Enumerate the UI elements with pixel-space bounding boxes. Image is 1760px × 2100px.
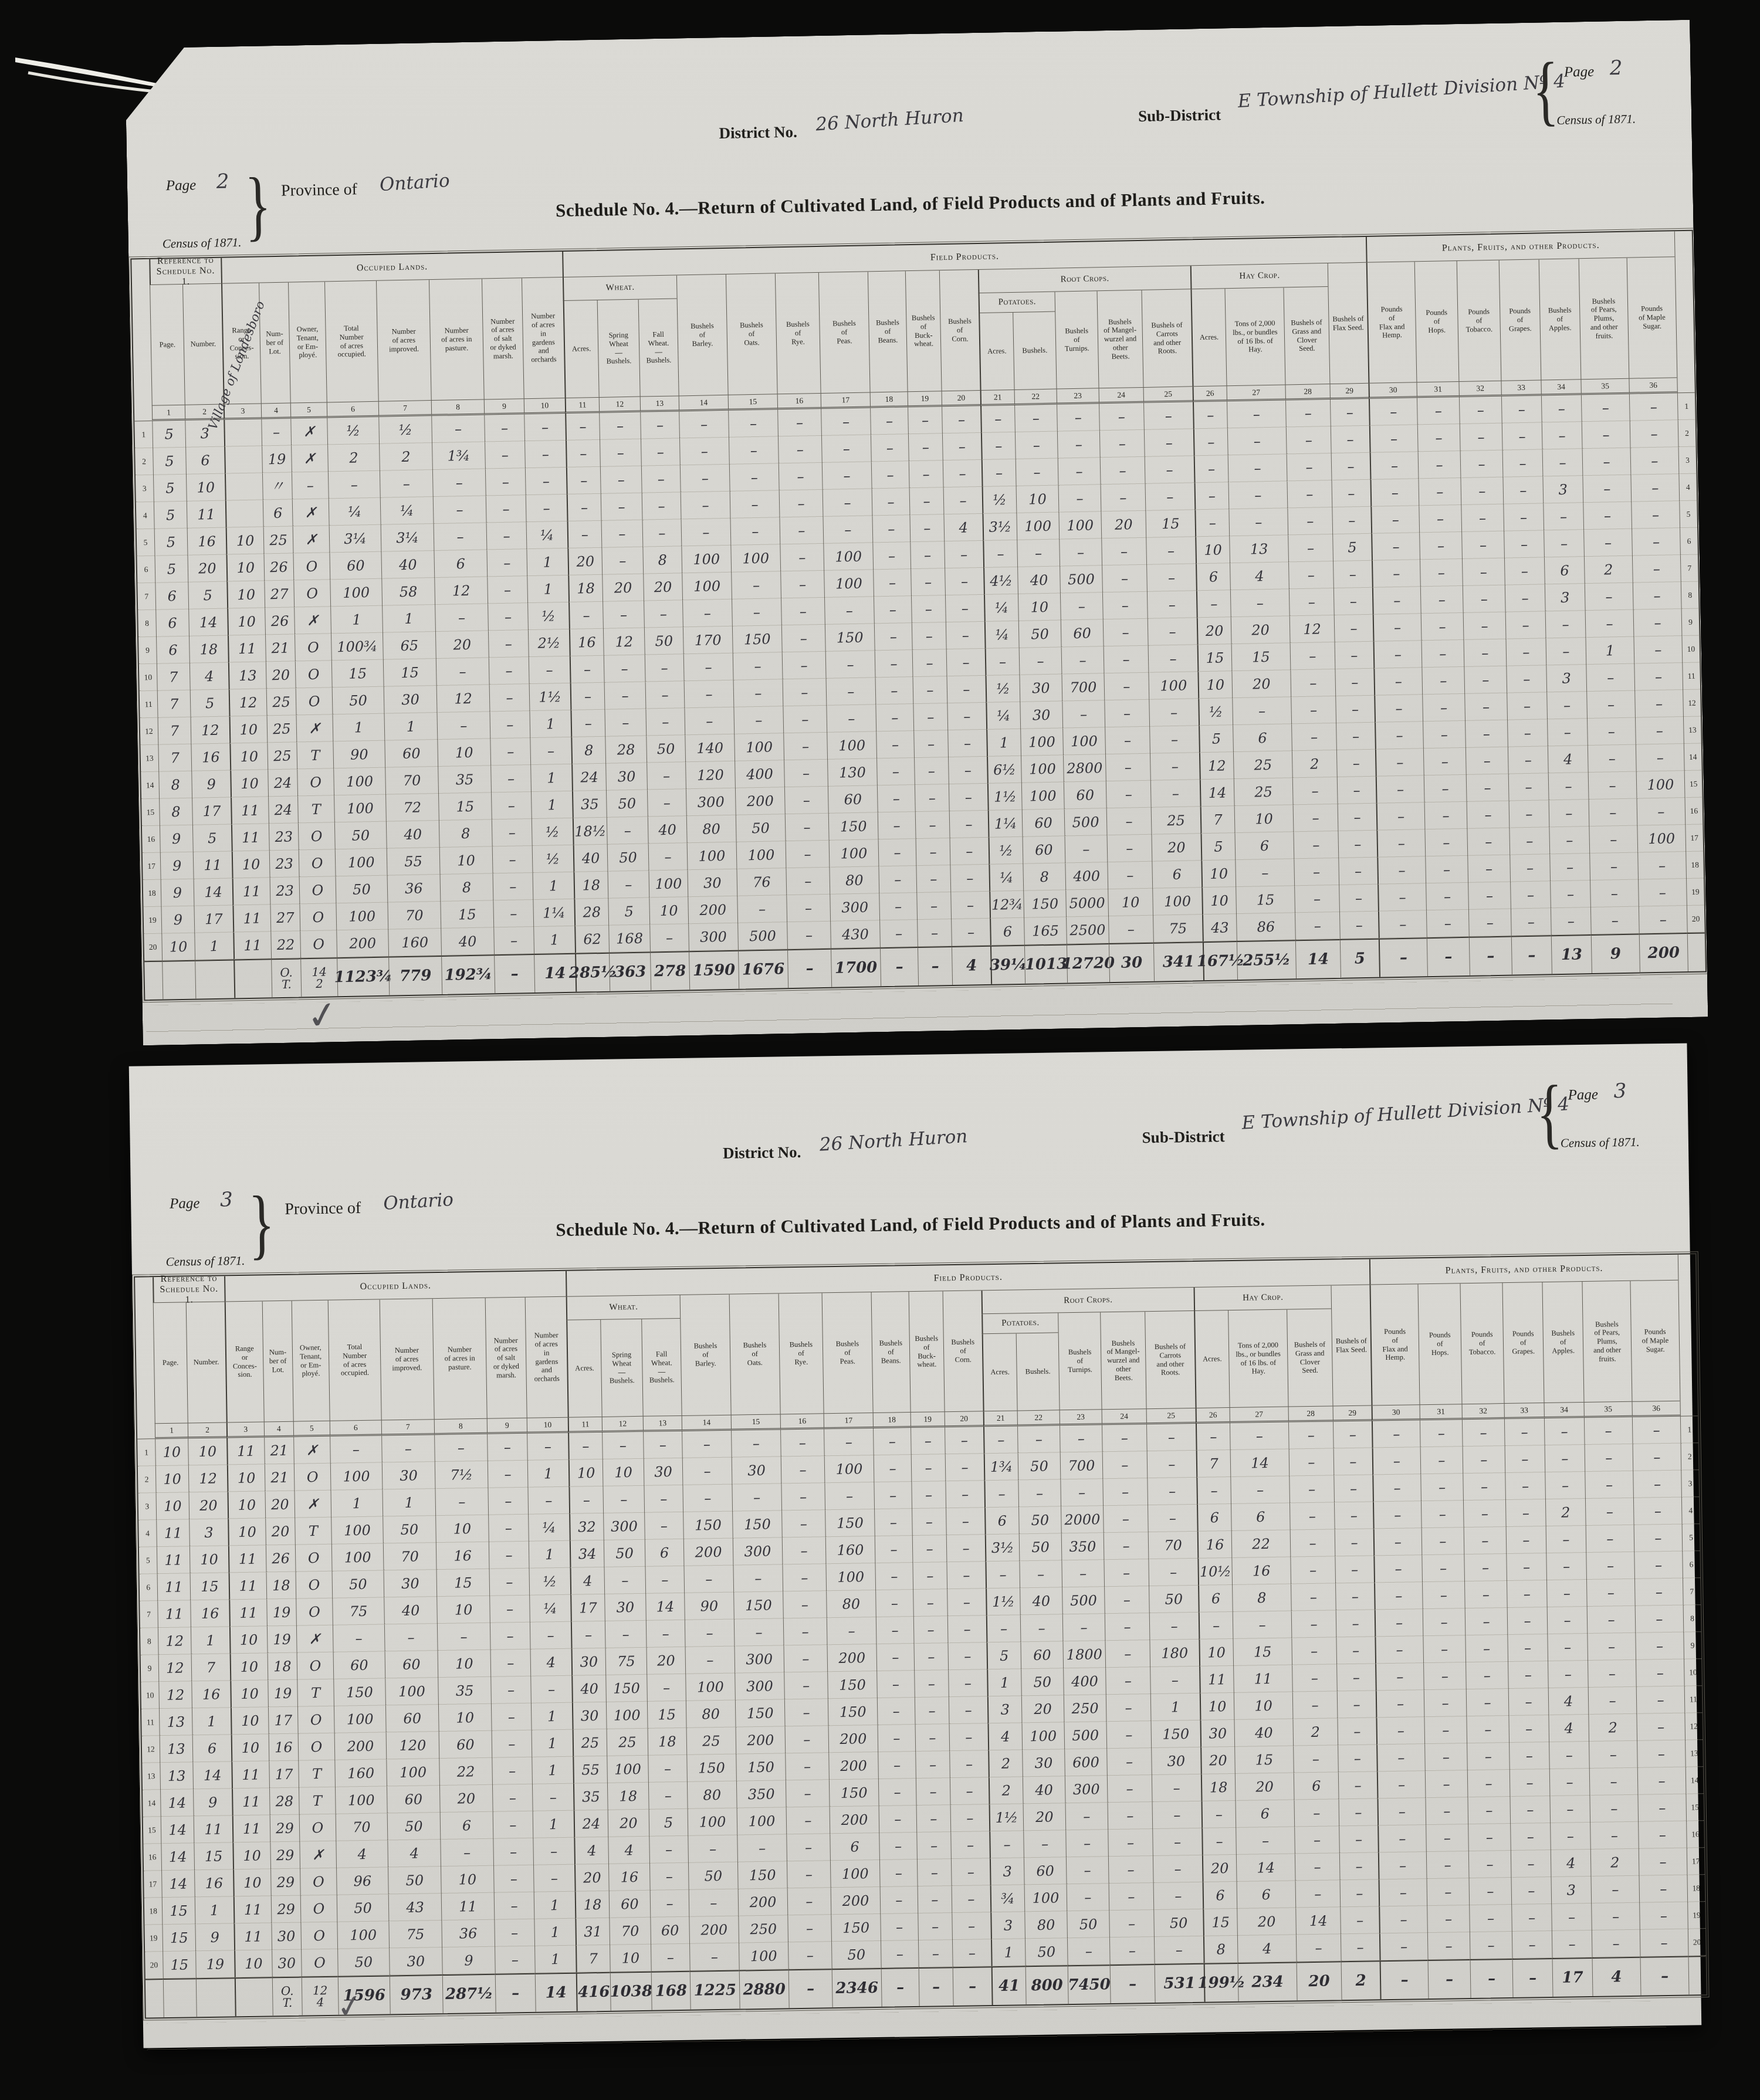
data-cell: 2 bbox=[1292, 1718, 1338, 1746]
data-cell: 20 bbox=[1197, 617, 1231, 645]
data-cell: – bbox=[1417, 397, 1460, 425]
data-cell: – bbox=[600, 439, 641, 467]
data-cell: 60 bbox=[329, 552, 381, 580]
data-cell: 16 bbox=[608, 1864, 650, 1891]
column-number: 18 bbox=[870, 392, 908, 408]
data-cell: – bbox=[1546, 1580, 1587, 1607]
data-cell: 100 bbox=[385, 1678, 438, 1705]
data-cell: 15 bbox=[440, 900, 493, 929]
data-cell: 150 bbox=[825, 1509, 875, 1537]
data-cell: – bbox=[915, 1724, 950, 1752]
data-cell: 2 bbox=[379, 443, 432, 471]
data-cell: 20 bbox=[1231, 670, 1291, 698]
data-cell: 1 bbox=[330, 606, 383, 634]
totals-cell: 4 bbox=[1592, 1957, 1641, 1996]
data-cell: – bbox=[490, 1649, 531, 1677]
data-cell: – bbox=[1639, 1848, 1687, 1876]
data-cell: 10 bbox=[228, 1518, 266, 1546]
row-number: 17 bbox=[1685, 825, 1703, 852]
data-cell: – bbox=[1588, 1660, 1636, 1688]
data-cell: – bbox=[1335, 696, 1375, 723]
data-cell: 300 bbox=[686, 788, 736, 817]
column-label: Bushels of Oats. bbox=[726, 273, 777, 395]
column-number: 13 bbox=[643, 1416, 682, 1432]
data-cell: – bbox=[981, 459, 1016, 487]
data-cell: – bbox=[648, 1782, 688, 1810]
data-cell: – bbox=[1196, 1477, 1231, 1505]
data-cell: – bbox=[821, 435, 871, 463]
data-cell: – bbox=[650, 1890, 689, 1918]
data-cell: – bbox=[1339, 1852, 1379, 1880]
column-label: Bushels of Mangel- wurzel and other Beet… bbox=[1097, 290, 1143, 388]
data-cell: 6 bbox=[156, 636, 189, 664]
data-cell: 8 bbox=[571, 737, 605, 764]
data-cell: – bbox=[688, 1835, 737, 1863]
column-subgroup-label: Wheat. bbox=[563, 275, 677, 301]
data-cell: 100 bbox=[334, 1705, 386, 1733]
data-cell: – bbox=[1423, 748, 1466, 775]
data-cell: – bbox=[1104, 646, 1149, 673]
data-cell: – bbox=[435, 604, 488, 632]
data-cell: – bbox=[1061, 646, 1104, 674]
data-cell: – bbox=[1639, 906, 1687, 933]
data-cell: – bbox=[1101, 484, 1146, 512]
data-cell: 200 bbox=[736, 1726, 786, 1754]
data-cell: 12¾ bbox=[989, 891, 1024, 919]
data-cell: – bbox=[1338, 858, 1377, 885]
data-cell: 100 bbox=[823, 543, 873, 571]
data-cell: – bbox=[1376, 1717, 1424, 1745]
data-cell: – bbox=[604, 1567, 645, 1594]
data-cell: 4 bbox=[570, 1567, 604, 1595]
data-cell: – bbox=[1145, 483, 1195, 511]
column-label: Pounds of Maple Sugar. bbox=[1630, 1281, 1680, 1402]
data-cell: – bbox=[1585, 1498, 1634, 1526]
data-cell: – bbox=[1065, 1830, 1108, 1857]
data-cell: 150 bbox=[605, 1675, 647, 1702]
data-cell: – bbox=[1419, 505, 1461, 533]
data-cell: – bbox=[913, 1643, 948, 1671]
data-cell: – bbox=[1228, 454, 1287, 482]
data-cell: – bbox=[1378, 1852, 1427, 1879]
data-cell: 11 bbox=[233, 1923, 272, 1950]
data-cell: 11 bbox=[231, 1761, 269, 1789]
data-cell: 10 bbox=[232, 851, 270, 878]
data-cell: 60 bbox=[387, 1786, 440, 1813]
data-cell: 200 bbox=[830, 1806, 879, 1834]
data-cell: – bbox=[1630, 447, 1679, 475]
row-number-gutter-header bbox=[1674, 231, 1695, 394]
data-cell: – bbox=[1148, 645, 1198, 673]
data-cell: 600 bbox=[1064, 1749, 1107, 1776]
data-cell: – bbox=[384, 1624, 438, 1651]
data-cell: 80 bbox=[1024, 1911, 1067, 1939]
data-cell: 10 bbox=[1201, 860, 1236, 888]
data-cell: 7 bbox=[1200, 806, 1235, 834]
data-cell: 200 bbox=[738, 1888, 788, 1916]
data-cell: – bbox=[641, 465, 681, 493]
column-subgroup-label: Wheat. bbox=[566, 1295, 681, 1320]
data-cell: – bbox=[601, 547, 643, 575]
data-cell: – bbox=[1640, 1929, 1688, 1957]
data-cell: – bbox=[1291, 1610, 1336, 1638]
row-number: 6 bbox=[137, 556, 155, 584]
data-cell: – bbox=[647, 762, 686, 790]
row-number: 15 bbox=[143, 1817, 161, 1844]
data-cell: 20 bbox=[189, 1492, 228, 1519]
data-cell: – bbox=[1017, 1425, 1060, 1453]
row-number: 1 bbox=[137, 1439, 155, 1466]
data-cell: 7 bbox=[191, 1654, 231, 1681]
totals-cell: – bbox=[1470, 1959, 1513, 1998]
data-cell: – bbox=[879, 1859, 918, 1887]
data-cell: – bbox=[493, 900, 533, 927]
column-number: 31 bbox=[1416, 382, 1458, 398]
totals-cell: 416 bbox=[576, 1972, 611, 2011]
data-cell: 19 bbox=[267, 1626, 297, 1654]
column-number: 27 bbox=[1230, 1407, 1288, 1423]
data-cell: 10 bbox=[568, 1459, 603, 1487]
data-cell: – bbox=[871, 461, 909, 489]
data-cell: – bbox=[644, 600, 683, 628]
column-number: 8 bbox=[431, 399, 484, 416]
data-cell: – bbox=[1511, 1904, 1552, 1932]
data-cell: – bbox=[1546, 1526, 1586, 1553]
data-cell: 86 bbox=[1236, 913, 1295, 941]
data-cell: 27 bbox=[264, 580, 294, 608]
data-cell: – bbox=[877, 1698, 915, 1725]
data-cell: 17 bbox=[194, 905, 233, 933]
row-number: 19 bbox=[144, 1925, 163, 1952]
data-cell: – bbox=[1295, 1853, 1340, 1881]
data-cell: – bbox=[1369, 425, 1418, 452]
column-number: 22 bbox=[1017, 1410, 1060, 1426]
data-cell: – bbox=[1147, 591, 1197, 619]
data-cell: 500 bbox=[1064, 808, 1107, 836]
data-cell: – bbox=[649, 1863, 689, 1891]
data-cell: – bbox=[1331, 453, 1370, 480]
data-cell: – bbox=[1542, 422, 1582, 449]
row-number: 6 bbox=[140, 1574, 158, 1601]
totals-cell: – bbox=[787, 949, 831, 988]
data-cell: – bbox=[913, 703, 947, 731]
data-cell: O bbox=[296, 1571, 333, 1599]
data-cell: 5000 bbox=[1065, 889, 1108, 917]
data-cell: 16 bbox=[191, 744, 230, 771]
data-cell: – bbox=[330, 1435, 382, 1463]
data-cell: 18 bbox=[648, 1728, 687, 1756]
data-cell: – bbox=[1468, 882, 1511, 910]
data-cell: – bbox=[947, 1642, 987, 1670]
data-cell: 50 bbox=[1018, 1506, 1061, 1534]
data-cell: – bbox=[486, 495, 526, 523]
data-cell: – bbox=[533, 1838, 574, 1865]
data-cell: 300 bbox=[1065, 1776, 1108, 1803]
data-cell: – bbox=[821, 408, 871, 436]
data-cell: 200 bbox=[683, 1539, 733, 1566]
data-cell: 100 bbox=[1016, 513, 1059, 540]
data-cell: 1 bbox=[533, 1811, 574, 1838]
totals-cell: – bbox=[495, 1973, 536, 2013]
data-cell: ✗ bbox=[296, 714, 333, 742]
data-cell: – bbox=[916, 892, 951, 920]
data-cell: 200 bbox=[735, 787, 785, 815]
data-cell: 10 bbox=[1199, 1639, 1233, 1667]
data-cell: 350 bbox=[736, 1780, 786, 1808]
column-number: 33 bbox=[1504, 1403, 1544, 1419]
data-cell: – bbox=[985, 648, 1020, 676]
row-number: 5 bbox=[1679, 501, 1697, 529]
row-number: 2 bbox=[1678, 420, 1696, 448]
data-cell: 29 bbox=[271, 1896, 301, 1923]
data-cell: – bbox=[1633, 582, 1681, 609]
data-cell: 1 bbox=[534, 1892, 576, 1919]
totals-gutter bbox=[1687, 932, 1705, 971]
data-cell: – bbox=[1461, 504, 1504, 532]
right-brace bbox=[1536, 1068, 1563, 1158]
data-cell: – bbox=[951, 1858, 990, 1886]
column-number: 1 bbox=[152, 405, 185, 421]
data-cell: – bbox=[1290, 1529, 1335, 1557]
data-cell: – bbox=[601, 493, 642, 521]
data-cell: – bbox=[380, 470, 433, 498]
row-number: 11 bbox=[140, 691, 158, 719]
data-cell: – bbox=[1333, 588, 1373, 615]
totals-cell: 199½ bbox=[1204, 1963, 1238, 2002]
data-cell: – bbox=[1146, 537, 1196, 565]
totals-cell: – bbox=[918, 946, 952, 985]
data-cell: – bbox=[1419, 532, 1462, 560]
row-number: 15 bbox=[1685, 1794, 1704, 1821]
data-cell: – bbox=[681, 519, 731, 547]
data-cell: – bbox=[600, 466, 642, 494]
data-cell: 20 bbox=[1101, 511, 1146, 538]
data-cell: – bbox=[1508, 1715, 1549, 1743]
data-cell: – bbox=[877, 785, 915, 812]
data-cell: 11 bbox=[157, 1600, 191, 1628]
data-cell: 6 bbox=[1231, 1503, 1290, 1531]
data-cell: 12 bbox=[158, 1627, 191, 1655]
column-group-label: Plants, Fruits, and other Products. bbox=[1369, 1255, 1678, 1285]
data-cell: 18 bbox=[568, 575, 603, 602]
data-cell: – bbox=[945, 595, 984, 622]
data-cell: – bbox=[604, 682, 646, 710]
data-cell: ✗ bbox=[291, 445, 328, 472]
data-cell: 15 bbox=[1234, 1746, 1294, 1773]
data-cell: 96 bbox=[336, 1867, 388, 1895]
data-cell: – bbox=[948, 757, 987, 784]
data-cell: – bbox=[644, 1485, 683, 1513]
data-cell: – bbox=[878, 1752, 916, 1779]
data-cell: O bbox=[299, 849, 336, 877]
data-cell: 10 bbox=[226, 527, 264, 554]
data-cell: – bbox=[571, 1621, 605, 1649]
data-cell: 12 bbox=[158, 1654, 192, 1682]
data-cell: – bbox=[1106, 781, 1151, 808]
data-cell: – bbox=[682, 599, 732, 628]
data-cell: – bbox=[780, 571, 824, 598]
data-cell: – bbox=[1148, 1559, 1198, 1586]
data-cell: 26 bbox=[263, 553, 293, 581]
data-cell: 70 bbox=[385, 767, 438, 795]
data-cell: – bbox=[1425, 1770, 1468, 1798]
data-cell: 100 bbox=[827, 731, 876, 760]
data-cell: – bbox=[431, 415, 485, 443]
row-number: 17 bbox=[144, 1871, 162, 1898]
data-cell: – bbox=[1102, 1424, 1147, 1452]
data-cell bbox=[224, 419, 262, 446]
data-cell: 4 bbox=[1237, 1935, 1297, 1962]
data-cell: – bbox=[689, 1943, 739, 1971]
data-cell: 6 bbox=[263, 499, 293, 527]
column-label: Number of acres in gardens and orchards bbox=[525, 1297, 568, 1418]
data-cell: – bbox=[985, 1561, 1020, 1588]
data-cell: – bbox=[870, 407, 908, 435]
data-cell: 11 bbox=[441, 1893, 495, 1921]
data-cell: 2500 bbox=[1066, 916, 1109, 944]
totals-cell bbox=[195, 959, 234, 998]
data-cell: – bbox=[737, 1834, 787, 1862]
data-cell: – bbox=[603, 601, 644, 629]
data-cell: ½ bbox=[982, 486, 1017, 514]
data-cell: – bbox=[1582, 475, 1631, 503]
data-cell: – bbox=[733, 1564, 783, 1592]
data-cell: – bbox=[1552, 1930, 1592, 1958]
data-cell: – bbox=[1143, 402, 1193, 430]
data-cell: – bbox=[824, 597, 874, 625]
data-cell: 4 bbox=[1548, 746, 1588, 773]
data-cell: 70 bbox=[387, 902, 441, 930]
data-cell: – bbox=[909, 487, 944, 515]
data-cell: 100 bbox=[734, 733, 784, 761]
data-cell: – bbox=[682, 1431, 732, 1458]
data-cell: 5 bbox=[188, 582, 227, 609]
data-cell: – bbox=[1233, 1611, 1292, 1639]
row-number: 7 bbox=[137, 583, 155, 611]
data-cell: 7 bbox=[157, 663, 190, 691]
column-number: 17 bbox=[824, 1413, 873, 1429]
data-cell: – bbox=[1372, 1420, 1420, 1448]
subdistrict-label: Sub-District bbox=[1138, 106, 1221, 126]
data-cell: 8 bbox=[642, 546, 682, 574]
data-cell: – bbox=[1201, 1801, 1236, 1828]
data-cell: 11 bbox=[1233, 1665, 1292, 1692]
row-number: 11 bbox=[141, 1709, 160, 1736]
data-cell: – bbox=[916, 1805, 951, 1833]
column-label: Number of acres in pasture. bbox=[432, 1298, 487, 1420]
data-cell: 80 bbox=[687, 1781, 737, 1809]
data-cell: 10 bbox=[227, 1464, 265, 1492]
data-cell: 90 bbox=[684, 1593, 734, 1620]
data-cell: – bbox=[1102, 1478, 1148, 1506]
row-number: 5 bbox=[1682, 1524, 1700, 1551]
data-cell: ✗ bbox=[292, 499, 329, 526]
column-label: Acres. bbox=[982, 1333, 1017, 1411]
data-cell: 200 bbox=[831, 1887, 881, 1915]
data-cell: 150 bbox=[828, 812, 878, 841]
column-number: 11 bbox=[565, 398, 599, 414]
data-cell: 19 bbox=[195, 1950, 235, 1978]
data-cell: – bbox=[781, 1510, 825, 1537]
data-cell: 14 bbox=[192, 1762, 232, 1789]
data-cell: – bbox=[1293, 1745, 1338, 1773]
column-number: 6 bbox=[330, 1420, 381, 1436]
data-cell: 6 bbox=[645, 1539, 684, 1567]
data-cell: – bbox=[1464, 666, 1507, 694]
data-cell: 5 bbox=[192, 824, 232, 852]
data-cell: 10 bbox=[228, 1491, 266, 1519]
data-cell: 50 bbox=[831, 1941, 881, 1969]
data-cell: 300 bbox=[688, 923, 738, 951]
data-cell: – bbox=[874, 1482, 912, 1509]
row-number: 13 bbox=[140, 745, 158, 773]
data-cell: 12 bbox=[191, 717, 230, 744]
data-cell: ✗ bbox=[293, 1437, 330, 1464]
data-cell: – bbox=[648, 1755, 687, 1783]
data-cell: – bbox=[1106, 1748, 1152, 1776]
data-cell: 2½ bbox=[528, 629, 570, 657]
data-cell: – bbox=[1289, 1475, 1334, 1503]
data-cell: – bbox=[1145, 456, 1194, 484]
data-cell: – bbox=[381, 1435, 435, 1462]
totals-cell: 2346 bbox=[832, 1968, 882, 2007]
data-cell: – bbox=[1507, 1634, 1548, 1662]
totals-cell: 2880 bbox=[739, 1969, 789, 2008]
data-cell: 11 bbox=[232, 878, 270, 905]
data-cell: – bbox=[913, 1589, 947, 1617]
data-cell: – bbox=[910, 541, 945, 569]
row-number: 17 bbox=[143, 853, 161, 880]
data-cell: – bbox=[567, 494, 601, 521]
data-cell: 10 bbox=[226, 554, 264, 581]
column-label: Bushels of Turnips. bbox=[1055, 291, 1099, 389]
row-number: 9 bbox=[1681, 609, 1700, 636]
data-cell: 23 bbox=[269, 850, 299, 878]
data-cell: – bbox=[787, 1861, 831, 1888]
data-cell: 100 bbox=[830, 1860, 880, 1888]
data-cell: 200 bbox=[827, 1644, 876, 1672]
data-cell: – bbox=[487, 576, 527, 604]
data-cell: 22 bbox=[439, 1758, 492, 1786]
data-cell: 55 bbox=[387, 848, 440, 876]
data-cell: 700 bbox=[1060, 1452, 1103, 1479]
data-cell: 2 bbox=[1588, 1714, 1637, 1742]
data-cell: – bbox=[951, 919, 990, 946]
data-cell: – bbox=[952, 1939, 991, 1967]
data-cell: 60 bbox=[650, 1917, 689, 1945]
column-label: Acres. bbox=[566, 1320, 601, 1418]
data-cell: – bbox=[1330, 399, 1369, 426]
data-cell: – bbox=[1290, 669, 1335, 697]
row-number: 17 bbox=[1687, 1848, 1705, 1875]
data-cell: O bbox=[295, 1544, 332, 1572]
data-cell: 35 bbox=[573, 1783, 608, 1811]
data-cell: 40 bbox=[441, 927, 494, 956]
data-cell: 11 bbox=[232, 1788, 270, 1816]
data-cell: – bbox=[1637, 1767, 1686, 1795]
data-cell: 16 bbox=[194, 1869, 233, 1897]
row-number: 8 bbox=[140, 1628, 158, 1655]
data-cell: – bbox=[1427, 1878, 1470, 1906]
data-cell: 50 bbox=[644, 627, 683, 655]
data-cell: 10 bbox=[231, 1734, 269, 1762]
data-cell: – bbox=[1377, 883, 1426, 911]
data-cell: 70 bbox=[1148, 1532, 1198, 1559]
data-cell: – bbox=[1542, 449, 1583, 476]
data-cell: – bbox=[1369, 398, 1417, 425]
totals-cell bbox=[162, 960, 195, 1000]
row-number: 7 bbox=[1680, 555, 1698, 582]
